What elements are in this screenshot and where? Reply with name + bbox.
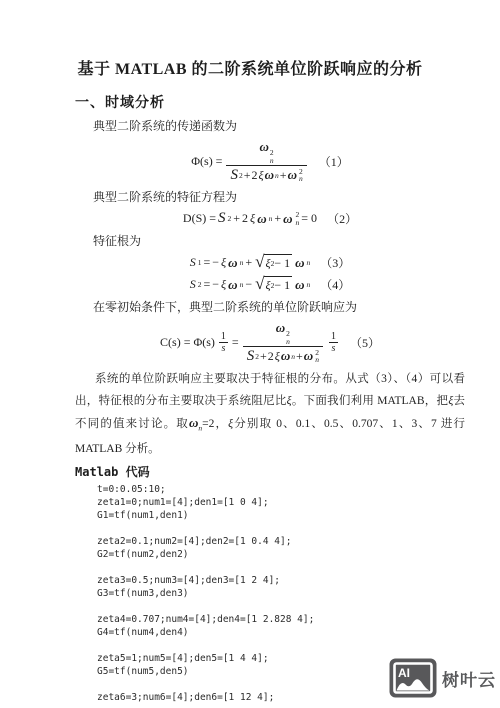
math-token: +: [245, 255, 252, 270]
math-token: ω: [276, 320, 285, 335]
formula-root-s2: S2 = −ξ ωn − √ ξ2− 1 ωn （4）: [40, 276, 500, 293]
formula-root-s1: S1 = −ξ ωn + √ ξ2− 1 ωn （3）: [40, 254, 500, 271]
para-intro-transfer: 典型二阶系统的传递函数为: [75, 119, 465, 134]
para-discussion: 系统的单位阶跃响应主要取决于特征根的分布。从式（3）、（4）可以看出，特征根的分…: [75, 369, 465, 460]
math-token: ω: [260, 139, 269, 154]
math-token: n: [275, 171, 279, 180]
code-line: G2=tf(num2,den2): [97, 548, 500, 561]
math-token: S: [230, 168, 238, 183]
math-token: −: [212, 277, 219, 292]
code-line: G4=tf(num4,den4): [97, 626, 500, 639]
math-token: 2: [255, 352, 259, 361]
para-intro-characteristic: 典型二阶系统的特征方程为: [75, 190, 465, 205]
math-token: n: [307, 258, 311, 267]
math-token: =: [203, 277, 210, 292]
math-token: ω: [265, 167, 274, 183]
math-token: 2: [251, 168, 257, 183]
math-token: ω: [228, 255, 237, 271]
math-token: 2: [198, 280, 202, 289]
math-token: Φ(s) =: [191, 154, 222, 169]
fraction-one-over-s: 1 s: [219, 331, 228, 354]
code-line: zeta1=0;num1=[4];den1=[1 0 4];: [97, 496, 500, 509]
math-token: S: [190, 277, 196, 292]
math-token: ξ: [221, 277, 226, 292]
math-token: D(S) =: [183, 211, 216, 226]
math-token: ω: [288, 167, 297, 183]
math-token: n: [286, 338, 290, 346]
math-token: +: [280, 168, 287, 183]
math-token: n: [299, 175, 303, 183]
para-intro-roots: 特征根为: [75, 234, 465, 249]
formula-transfer-function: Φ(s) = ω2n S2 +2ξ ωn + ω2n （1）: [40, 139, 500, 183]
fraction-denominator: S2 +2ξ ωn + ω2n: [243, 346, 323, 364]
math-token: ω: [283, 211, 292, 227]
math-token: ξ: [258, 168, 263, 183]
para-intro-step-response: 在零初始条件下，典型二阶系统的单位阶跃响应为: [75, 300, 465, 315]
math-token: +: [244, 168, 251, 183]
code-line: t=0:0.05:10;: [97, 483, 500, 496]
math-token: S: [247, 349, 255, 364]
equation-number: （4）: [320, 276, 350, 293]
math-token: +: [233, 211, 240, 226]
math-token: n: [270, 157, 274, 165]
math-token: 1: [198, 258, 202, 267]
math-token: ω: [189, 415, 198, 430]
math-token: +: [274, 211, 281, 226]
math-token: n: [269, 214, 273, 223]
fraction-denominator: s: [329, 342, 338, 354]
math-token: S: [218, 211, 226, 226]
math-supsub: 2n: [296, 211, 300, 226]
math-token: n: [240, 258, 244, 267]
watermark-brand: 树叶云: [442, 666, 496, 691]
fraction-denominator: S2 +2ξ ωn + ω2n: [226, 165, 306, 183]
math-token: ω: [295, 277, 304, 293]
math-supsub: 2n: [315, 349, 319, 364]
equation-number: （3）: [320, 254, 350, 271]
formula-step-response: C(s) = Φ(s) 1 s = ω2n S2 +2ξ ωn + ω2n 1 …: [40, 320, 500, 364]
math-token: ω: [228, 277, 237, 293]
para-segment: 。下面我们利用 MATLAB，把: [292, 395, 449, 407]
fraction-numerator: ω2n: [226, 139, 306, 165]
ai-icon-label: AI: [398, 666, 410, 680]
math-token: S: [190, 255, 196, 270]
document-page: 基于 MATLAB 的二阶系统单位阶跃响应的分析 一、时域分析 典型二阶系统的传…: [0, 0, 500, 708]
math-token: +: [296, 349, 303, 364]
fraction-numerator: 1: [329, 331, 338, 342]
math-token: n: [315, 356, 319, 364]
radical-sign: √: [255, 275, 264, 292]
math-supsub: 2n: [286, 330, 290, 345]
math-token: +: [260, 349, 267, 364]
math-token: 2: [242, 211, 248, 226]
formula-characteristic-equation: D(S) = S2 +2ξ ωn + ω2n = 0 （2）: [40, 210, 500, 227]
math-token: ξ: [221, 255, 226, 270]
math-token: 2: [239, 171, 243, 180]
equation-number: （2）: [327, 210, 357, 227]
math-token: ω: [281, 348, 290, 364]
math-token: 2: [268, 349, 274, 364]
watermark: AI 树叶云: [389, 658, 496, 698]
math-token: ω: [295, 255, 304, 271]
math-token: −: [245, 277, 252, 292]
section-heading: 一、时域分析: [75, 92, 500, 112]
equation-number: （1）: [319, 153, 349, 170]
code-line: [97, 639, 500, 652]
math-token: ξ: [250, 211, 255, 226]
math-token: C(s) = Φ(s): [160, 335, 215, 350]
math-token: ω: [257, 211, 266, 227]
code-line: [97, 600, 500, 613]
page-title: 基于 MATLAB 的二阶系统单位阶跃响应的分析: [20, 56, 480, 79]
math-token: = 0: [301, 211, 317, 226]
radicand: ξ2− 1: [264, 254, 292, 271]
code-line: zeta2=0.1;num2=[4];den2=[1 0.4 4];: [97, 535, 500, 548]
fraction: ω2n S2 +2ξ ωn + ω2n: [243, 320, 323, 364]
math-token: ω: [304, 348, 313, 364]
square-root: √ ξ2− 1: [255, 276, 292, 293]
fraction: ω2n S2 +2ξ ωn + ω2n: [226, 139, 306, 183]
fraction-numerator: ω2n: [243, 320, 323, 346]
fraction-numerator: 1: [219, 331, 228, 342]
equation-number: （5）: [350, 334, 380, 351]
radical-sign: √: [255, 253, 264, 270]
math-token: − 1: [274, 278, 290, 293]
radicand: ξ2− 1: [264, 276, 292, 293]
code-line: zeta3=0.5;num3=[4];den3=[1 2 4];: [97, 574, 500, 587]
code-line: zeta4=0.707;num4=[4];den4=[1 2.828 4];: [97, 613, 500, 626]
math-token: n: [240, 280, 244, 289]
code-line: [97, 561, 500, 574]
square-root: √ ξ2− 1: [255, 254, 292, 271]
ai-image-icon: AI: [389, 658, 437, 698]
math-token: n: [296, 219, 300, 227]
code-line: G1=tf(num1,den1): [97, 509, 500, 522]
fraction-denominator: s: [219, 342, 228, 354]
math-token: =: [232, 335, 239, 350]
math-token: ξ: [275, 349, 280, 364]
math-token: −: [212, 255, 219, 270]
math-token: n: [291, 352, 295, 361]
code-label: Matlab 代码: [75, 463, 500, 480]
code-line: [97, 522, 500, 535]
para-segment: =2，: [202, 418, 228, 430]
math-supsub: 2n: [270, 149, 274, 164]
math-token: =: [203, 255, 210, 270]
fraction-one-over-s: 1 s: [329, 331, 338, 354]
math-supsub: 2n: [299, 168, 303, 183]
math-token: 2: [228, 214, 232, 223]
code-line: G3=tf(num3,den3): [97, 587, 500, 600]
math-token: − 1: [274, 256, 290, 271]
math-token: n: [307, 280, 311, 289]
